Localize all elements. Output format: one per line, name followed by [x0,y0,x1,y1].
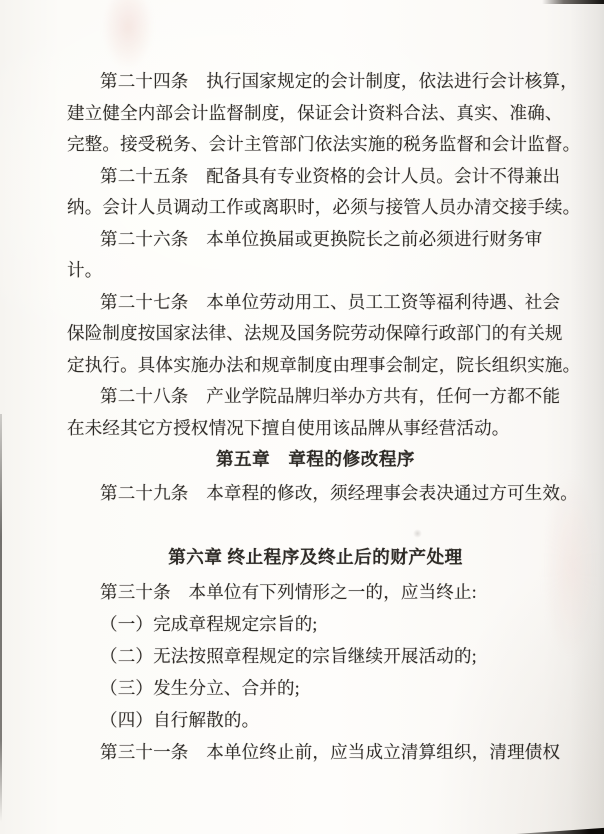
article-27-line-2: 保险制度按国家法律、法规及国务院劳动保障行政部门的有关规 [67,318,564,350]
article-30-line-1: 第三十条 本单位有下列情形之一的，应当终止: [67,576,564,608]
article-28-line-2: 在未经其它方授权情况下擅自使用该品牌从事经营活动。 [67,413,564,445]
article-30-item-3: （三）发生分立、合并的; [67,672,564,704]
section-top: 第二十四条 执行国家规定的会计制度，依法进行会计核算， 建立健全内部会计监督制度… [67,66,564,509]
article-30-item-4: （四）自行解散的。 [67,704,564,736]
article-25-line-2: 纳。会计人员调动工作或离职时，必须与接管人员办清交接手续。 [67,192,564,224]
article-29-line-1: 第二十九条 本章程的修改，须经理事会表决通过方可生效。 [67,478,564,510]
article-24-line-2: 建立健全内部会计监督制度，保证会计资料合法、真实、准确、 [67,98,564,130]
article-26-line-2: 计。 [67,255,564,287]
chapter-5-heading: 第五章 章程的修改程序 [67,444,564,476]
article-31-line-1: 第三十一条 本单位终止前，应当成立清算组织，清理债权 [67,736,564,768]
scan-edge-bottom-right [516,827,604,834]
article-30-item-1: （一）完成章程规定宗旨的; [67,608,564,640]
article-26-line-1: 第二十六条 本单位换届或更换院长之前必须进行财务审 [67,224,564,256]
pink-smudge [102,0,154,70]
article-30-item-2: （二）无法按照章程规定的宗旨继续开展活动的; [67,640,564,672]
blank-line [67,509,564,541]
article-27-line-1: 第二十七条 本单位劳动用工、员工工资等福利待遇、社会 [67,287,564,319]
article-25-line-1: 第二十五条 配备具有专业资格的会计人员。会计不得兼出 [67,161,564,193]
article-24-line-1: 第二十四条 执行国家规定的会计制度，依法进行会计核算， [67,66,564,98]
page-curl-shading [570,0,604,834]
scan-edge-top-right [542,0,604,4]
article-28-line-1: 第二十八条 产业学院品牌归举办方共有，任何一方都不能 [67,381,564,413]
article-27-line-3: 定执行。具体实施办法和规章制度由理事会制定，院长组织实施。 [67,350,564,382]
scan-edge-left [0,414,2,822]
chapter-6-heading: 第六章 终止程序及终止后的财产处理 [67,541,564,573]
scanned-document-page: 第二十四条 执行国家规定的会计制度，依法进行会计核算， 建立健全内部会计监督制度… [0,0,604,834]
document-body: 第二十四条 执行国家规定的会计制度，依法进行会计核算， 建立健全内部会计监督制度… [67,66,564,768]
article-24-line-3: 完整。接受税务、会计主管部门依法实施的税务监督和会计监督。 [67,129,564,161]
section-bottom: 第六章 终止程序及终止后的财产处理 第三十条 本单位有下列情形之一的，应当终止:… [67,541,564,768]
